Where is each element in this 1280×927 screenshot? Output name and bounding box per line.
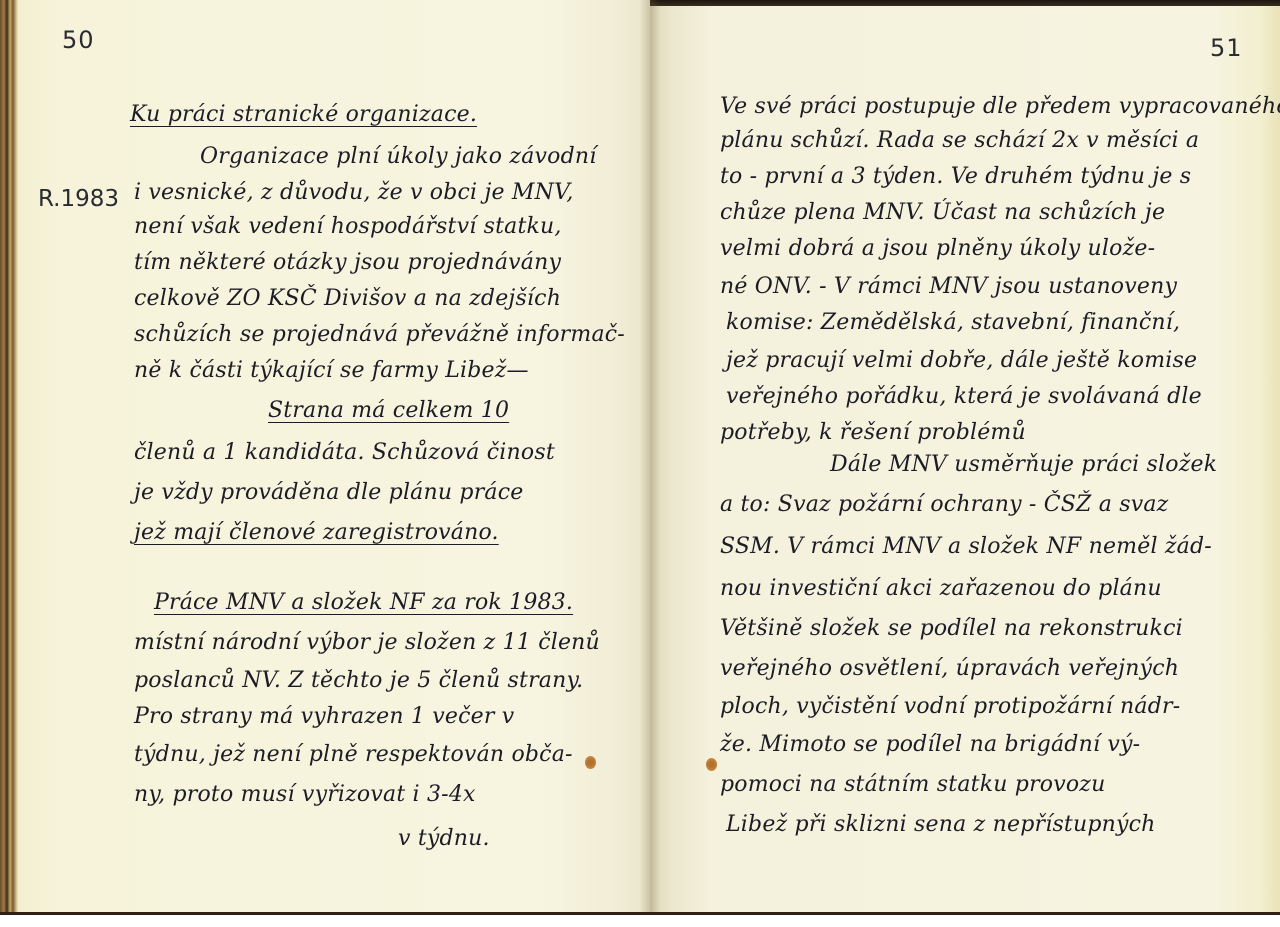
text-line: Ve své práci postupuje dle předem vyprac… [720,94,1280,120]
text-line: veřejného osvětlení, úpravách veřejných [720,656,1179,682]
text-line: je vždy prováděna dle plánu práce [134,480,523,506]
text-line: a to: Svaz požární ochrany - ČSŽ a svaz [720,492,1168,518]
section-heading-mnv: Práce MNV a složek NF za rok 1983. [154,590,573,616]
text-line-underlined: Strana má celkem 10 [268,398,509,424]
text-line: né ONV. - V rámci MNV jsou ustanoveny [720,274,1177,300]
ink-stain [706,758,717,771]
text-line: nou investiční akci zařazenou do plánu [720,576,1162,602]
text-line: ploch, vyčistění vodní protipožární nádr… [720,694,1180,720]
page-number-right: 51 [1210,34,1243,62]
text-line: plánu schůzí. Rada se schází 2x v měsíci… [720,128,1199,154]
left-page: 50 R.1983 Ku práci stranické organizace.… [18,0,650,912]
ink-stain [585,756,596,769]
text-line: Většině složek se podílel na rekonstrukc… [720,616,1183,642]
margin-note-year: R.1983 [38,186,119,212]
book-gutter [640,0,660,915]
text-line: veřejného pořádku, která je svolávaná dl… [726,384,1202,410]
text-line: že. Mimoto se podílel na brigádní vý- [720,732,1140,758]
text-line: schůzích se projednává převážně informač… [134,322,625,348]
text-line: v týdnu. [398,826,490,852]
text-line: i vesnické, z důvodu, že v obci je MNV, [134,180,574,206]
text-line: Organizace plní úkoly jako závodní [200,144,597,170]
text-line: jež pracují velmi dobře, dále ještě komi… [726,348,1197,374]
text-line: místní národní výbor je složen z 11 člen… [134,630,600,656]
text-line: Libež při sklizni sena z nepřístupných [726,812,1156,838]
page-number-left: 50 [62,26,95,54]
text-line: ny, proto musí vyřizovat i 3-4x [134,782,476,808]
text-line: poslanců NV. Z těchto je 5 členů strany. [134,668,583,694]
book-top-edge [650,0,1280,6]
text-line: velmi dobrá a jsou plněny úkoly ulože- [720,236,1155,262]
right-page: 51 Ve své práci postupuje dle předem vyp… [650,4,1280,912]
text-line: Dále MNV usměrňuje práci složek [830,452,1217,478]
text-line: SSM. V rámci MNV a složek NF neměl žád- [720,534,1212,560]
text-line: Pro strany má vyhrazen 1 večer v [134,704,514,730]
text-line: členů a 1 kandidáta. Schůzová činost [134,440,555,466]
text-line: celkově ZO KSČ Divišov a na zdejších [134,286,561,312]
text-line: ně k části týkající se farmy Libež— [134,358,529,384]
text-line: potřeby, k řešení problémů [720,420,1026,446]
book-bottom-edge [0,912,1280,915]
text-line: není však vedení hospodářství statku, [134,214,562,240]
text-line-underlined: jež mají členové zaregistrováno. [134,520,499,546]
book-spread: 50 R.1983 Ku práci stranické organizace.… [0,0,1280,915]
text-line: to - první a 3 týden. Ve druhém týdnu je… [720,164,1191,190]
text-line: pomoci na státním statku provozu [720,772,1105,798]
text-line: chůze plena MNV. Účast na schůzích je [720,200,1165,226]
text-line: komise: Zemědělská, stavební, finanční, [726,310,1180,336]
text-line: tím některé otázky jsou projednávány [134,250,561,276]
section-heading-party: Ku práci stranické organizace. [130,102,477,128]
text-line: týdnu, jež není plně respektován obča- [134,742,573,768]
